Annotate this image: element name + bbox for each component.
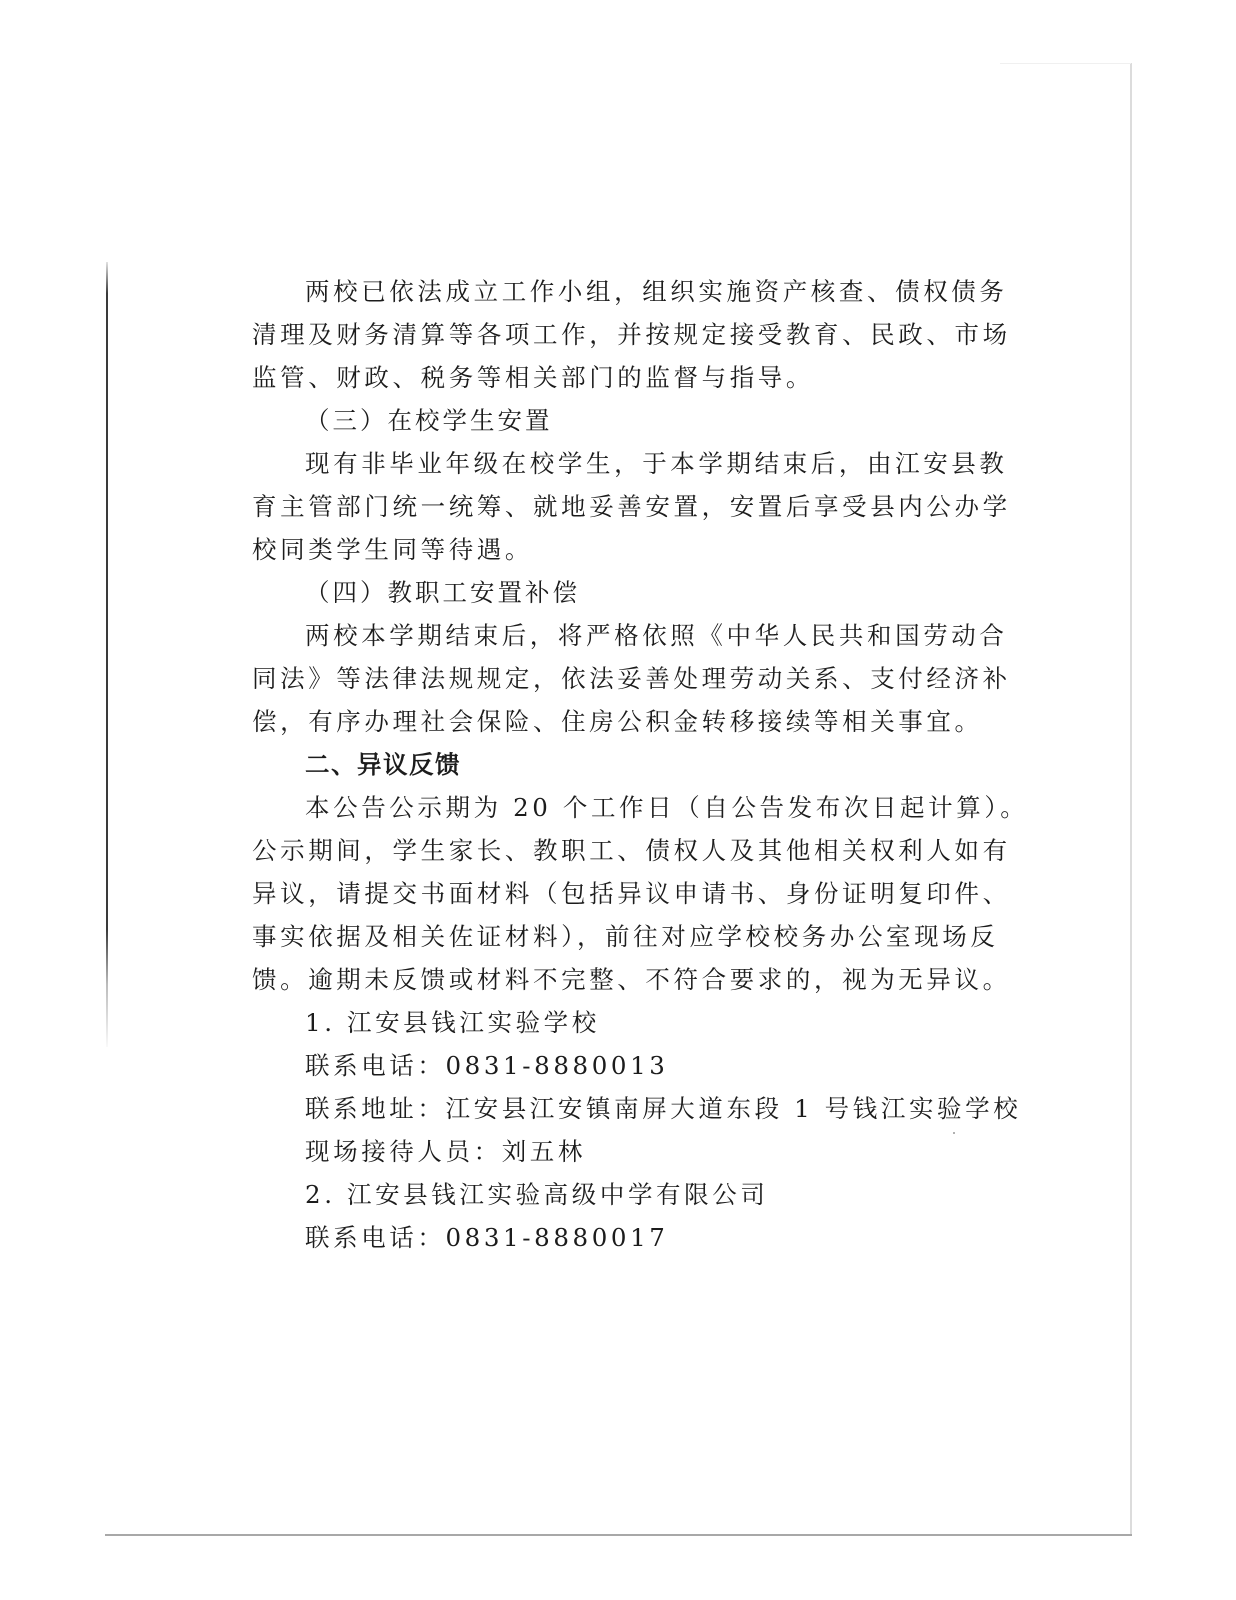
contact-title: 1. 江安县钱江实验学校 [252, 1001, 970, 1044]
paragraph-line: 馈。逾期未反馈或材料不完整、不符合要求的，视为无异议。 [252, 958, 970, 1001]
paragraph-line: 异议，请提交书面材料（包括异议申请书、身份证明复印件、 [252, 872, 970, 915]
paragraph-line: 两校已依法成立工作小组，组织实施资产核查、债权债务 [252, 270, 970, 313]
section-heading: （三）在校学生安置 [252, 399, 970, 442]
contact-phone: 联系电话：0831-8880013 [252, 1044, 970, 1087]
part-heading: 二、异议反馈 [252, 743, 970, 786]
section-objection-feedback: 二、异议反馈 本公告公示期为 20 个工作日（自公告发布次日起计算）。 公示期间… [252, 743, 970, 1001]
document-page-body: 两校已依法成立工作小组，组织实施资产核查、债权债务 清理及财务清算等各项工作，并… [252, 270, 970, 1259]
contact-title: 2. 江安县钱江实验高级中学有限公司 [252, 1173, 970, 1216]
section-staff-compensation: （四）教职工安置补偿 两校本学期结束后，将严格依照《中华人民共和国劳动合 同法》… [252, 571, 970, 743]
contact-phone: 联系电话：0831-8880017 [252, 1216, 970, 1259]
contact-address: 联系地址：江安县江安镇南屏大道东段 1 号钱江实验学校 [252, 1087, 970, 1130]
scan-edge-left [106, 262, 108, 1047]
paragraph-line: 校同类学生同等待遇。 [252, 528, 970, 571]
section-student-placement: （三）在校学生安置 现有非毕业年级在校学生，于本学期结束后，由江安县教 育主管部… [252, 399, 970, 571]
paragraph-line: 监管、财政、税务等相关部门的监督与指导。 [252, 356, 970, 399]
scan-edge-top [1000, 63, 1131, 64]
paragraph-line: 公示期间，学生家长、教职工、债权人及其他相关权利人如有 [252, 829, 970, 872]
contact-receptionist: 现场接待人员：刘五林 [252, 1130, 970, 1173]
scan-edge-right [1130, 63, 1132, 1536]
scan-edge-bottom [105, 1534, 1132, 1536]
paragraph-line: 同法》等法律法规规定，依法妥善处理劳动关系、支付经济补 [252, 657, 970, 700]
paragraph-line: 清理及财务清算等各项工作，并按规定接受教育、民政、市场 [252, 313, 970, 356]
section-heading: （四）教职工安置补偿 [252, 571, 970, 614]
paragraph-line: 本公告公示期为 20 个工作日（自公告发布次日起计算）。 [252, 786, 970, 829]
paragraph-line: 两校本学期结束后，将严格依照《中华人民共和国劳动合 [252, 614, 970, 657]
contact-block-school-2: 2. 江安县钱江实验高级中学有限公司 联系电话：0831-8880017 [252, 1173, 970, 1259]
paragraph-working-group: 两校已依法成立工作小组，组织实施资产核查、债权债务 清理及财务清算等各项工作，并… [252, 270, 970, 399]
paragraph-line: 事实依据及相关佐证材料），前往对应学校校务办公室现场反 [252, 915, 970, 958]
paragraph-line: 现有非毕业年级在校学生，于本学期结束后，由江安县教 [252, 442, 970, 485]
contact-block-school-1: 1. 江安县钱江实验学校 联系电话：0831-8880013 联系地址：江安县江… [252, 1001, 970, 1173]
paragraph-line: 偿，有序办理社会保险、住房公积金转移接续等相关事宜。 [252, 700, 970, 743]
paragraph-line: 育主管部门统一统筹、就地妥善安置，安置后享受县内公办学 [252, 485, 970, 528]
